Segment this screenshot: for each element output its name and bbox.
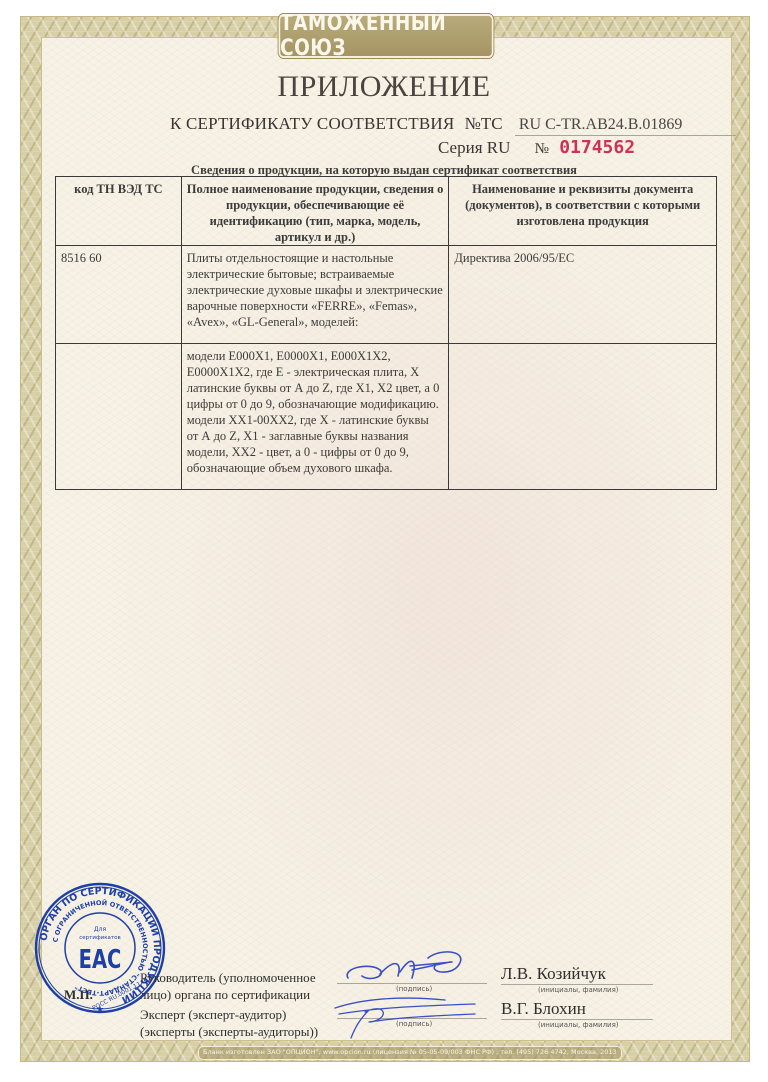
certificate-reference: К СЕРТИФИКАТУ СООТВЕТСТВИЯ №ТС RU C-TR.A… [170, 114, 736, 136]
head-label-line2: лицо) органа по сертификации [140, 986, 316, 1003]
certificate-number: RU C-TR.AB24.B.01869 [515, 116, 737, 136]
table-header-row: код ТН ВЭД ТС Полное наименование продук… [56, 177, 717, 246]
head-name-line [501, 984, 653, 985]
eac-mark: EAC [79, 945, 122, 974]
svg-text:★: ★ [96, 1004, 104, 1014]
serial-number: 0174562 [559, 137, 635, 158]
cell-description: модели E000X1, E0000X1, E000X1X2, E0000X… [181, 344, 449, 490]
expert-label-line1: Эксперт (эксперт-аудитор) [140, 1006, 318, 1023]
cell-code [56, 344, 182, 490]
product-table: код ТН ВЭД ТС Полное наименование продук… [55, 176, 717, 490]
head-label-line1: Руководитель (уполномоченное [140, 969, 316, 986]
head-label: Руководитель (уполномоченное лицо) орган… [140, 969, 316, 1003]
page-title: ПРИЛОЖЕНИЕ [0, 70, 768, 104]
expert-name: В.Г. Блохин [501, 999, 586, 1019]
certificate-prefix: №ТС [465, 114, 503, 133]
expert-name-hint: (инициалы, фамилия) [538, 1021, 619, 1029]
certificate-label: К СЕРТИФИКАТУ СООТВЕТСТВИЯ [170, 114, 454, 133]
cell-document [449, 344, 717, 490]
expert-name-line [501, 1019, 653, 1020]
series-label: Серия [438, 138, 483, 157]
column-header-document: Наименование и реквизиты документа (доку… [449, 177, 717, 246]
cell-document: Директива 2006/95/ЕС [449, 246, 717, 344]
table-row: модели E000X1, E0000X1, E000X1X2, E0000X… [56, 344, 717, 490]
head-name-hint: (инициалы, фамилия) [538, 986, 619, 994]
expert-signature-icon [325, 992, 495, 1040]
expert-label-line2: (эксперты (эксперты-аудиторы)) [140, 1023, 318, 1040]
column-header-code: код ТН ВЭД ТС [56, 177, 182, 246]
seal-place-label: М.П. [64, 987, 93, 1003]
expert-label: Эксперт (эксперт-аудитор) (эксперты (экс… [140, 1006, 318, 1040]
head-signature-icon [340, 948, 490, 990]
column-header-description: Полное наименование продукции, сведения … [181, 177, 449, 246]
head-name: Л.В. Козийчук [501, 964, 606, 984]
printer-imprint: Бланк изготовлен ЗАО "ОПЦИОН", www.opcio… [198, 1046, 622, 1060]
series-value: RU [487, 138, 511, 157]
series-line: Серия RU № 0174562 [438, 137, 635, 158]
stamp-center-top: Для [94, 926, 107, 933]
customs-union-badge: ТАМОЖЕННЫЙ СОЮЗ [278, 14, 493, 58]
serial-prefix: № [535, 141, 549, 157]
model-description-1: модели E000X1, E0000X1, E000X1X2, E0000X… [187, 348, 444, 412]
cell-code: 8516 60 [56, 246, 182, 344]
stamp-center-sub: сертификатов [79, 935, 120, 941]
table-row: 8516 60 Плиты отдельностоящие и настольн… [56, 246, 717, 344]
model-description-2: модели XX1-00XX2, где Х - латинские букв… [187, 412, 444, 476]
cell-description: Плиты отдельностоящие и настольные элект… [181, 246, 449, 344]
